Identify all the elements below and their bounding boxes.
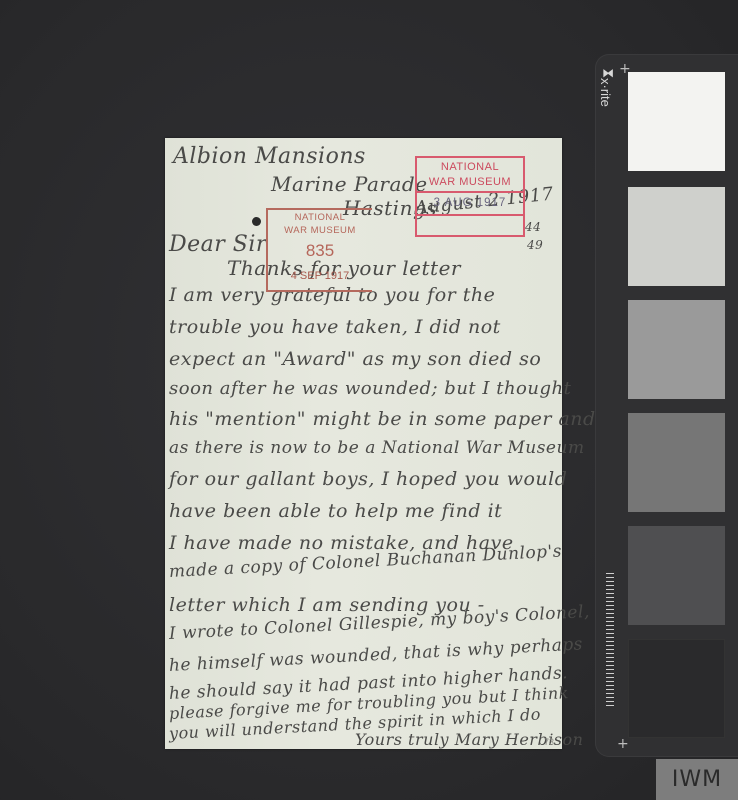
salutation: Dear Sir [169,232,267,257]
ruler-scale [606,573,614,707]
color-patch-gray [628,413,725,512]
body-line: for our gallant boys, I hoped you would [169,468,567,490]
registry-number: 835 [268,241,372,261]
registration-cross-icon: + [617,737,629,751]
body-line: trouble you have taken, I did not [169,316,501,338]
color-patch-white [628,72,725,171]
body-line: soon after he was wounded; but I thought [169,378,571,399]
punch-hole [252,217,261,226]
received-stamp: NATIONAL WAR MUSEUM 3 AUG 1917 [415,156,525,237]
brand-label: x·rite [598,78,613,107]
margin-note-1: 44 [525,220,541,234]
stamp-title-2: WAR MUSEUM [268,223,372,236]
body-line: expect an "Award" as my son died so [169,348,541,370]
letter-page: Albion Mansions Marine Parade Hastings A… [165,138,562,749]
body-line: as there is now to be a National War Mus… [169,438,585,458]
color-patch-dark-gray [628,526,725,625]
iwm-watermark-logo: IWM [656,759,738,800]
address-line-2: Marine Parade [271,172,428,196]
color-checker-card: + ⧓ x·rite + [595,54,738,757]
stamp-date: 4 SEP 1917 [268,270,372,282]
color-patch-black [628,639,725,738]
color-patch-light-gray [628,187,725,286]
stamp-title-1: NATIONAL [268,210,372,223]
stamp-title-2: WAR MUSEUM [417,173,523,188]
margin-note-2: 49 [527,238,543,252]
registry-stamp: NATIONAL WAR MUSEUM 835 4 SEP 1917 [266,208,372,292]
stamp-title-1: NATIONAL [417,158,523,173]
address-line-1: Albion Mansions [173,144,366,169]
body-line: his "mention" might be in some paper and [169,408,596,430]
body-line: have been able to help me find it [169,500,502,522]
page-number: 73 [544,737,554,747]
stamp-divider [417,214,523,216]
color-patch-mid-gray [628,300,725,399]
stamp-date: 3 AUG 1917 [417,193,523,211]
